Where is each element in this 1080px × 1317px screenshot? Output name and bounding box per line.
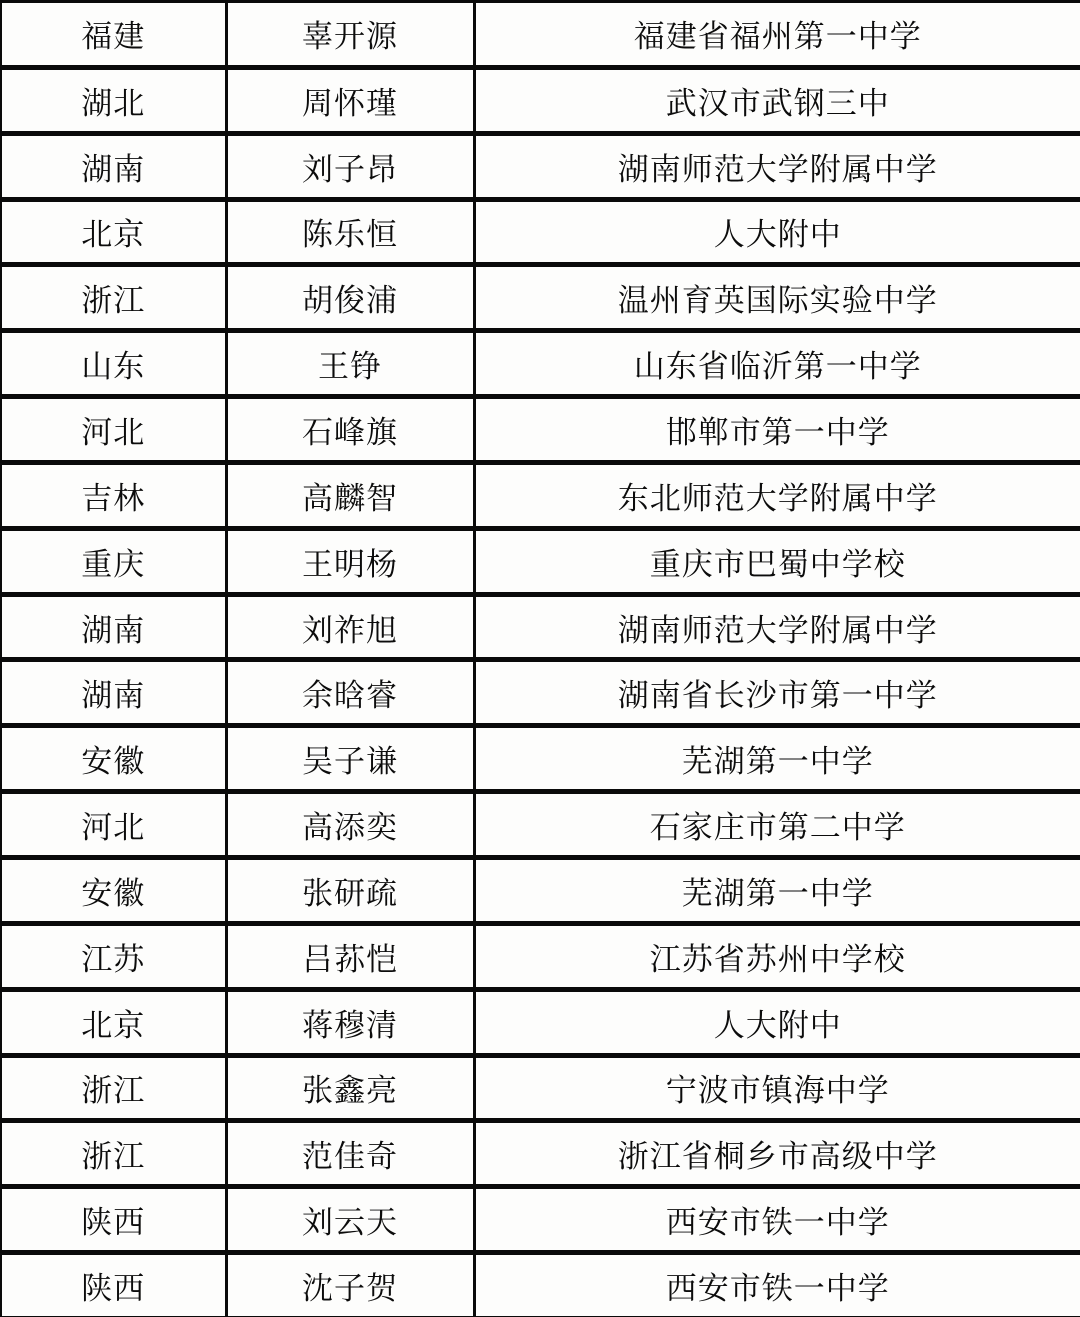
school-name-cell: 山东省临沂第一中学 — [474, 331, 1080, 397]
province-cell: 江苏 — [1, 923, 226, 989]
province-cell: 安徽 — [1, 857, 226, 923]
province-cell: 浙江 — [1, 1121, 226, 1187]
school-name-cell: 人大附中 — [474, 199, 1080, 265]
school-name-cell: 湖南师范大学附属中学 — [474, 133, 1080, 199]
province-cell: 湖南 — [1, 660, 226, 726]
school-name-cell: 芜湖第一中学 — [474, 726, 1080, 792]
school-name-cell: 芜湖第一中学 — [474, 857, 1080, 923]
province-cell: 浙江 — [1, 265, 226, 331]
school-name-cell: 邯郸市第一中学 — [474, 397, 1080, 463]
table-row: 湖南刘祚旭湖南师范大学附属中学 — [1, 594, 1080, 660]
province-cell: 湖北 — [1, 67, 226, 133]
school-name-cell: 宁波市镇海中学 — [474, 1055, 1080, 1121]
table-row: 吉林高麟智东北师范大学附属中学 — [1, 462, 1080, 528]
school-name-cell: 武汉市武钢三中 — [474, 67, 1080, 133]
student-name-cell: 石峰旗 — [226, 397, 474, 463]
table-row: 河北石峰旗邯郸市第一中学 — [1, 397, 1080, 463]
province-cell: 湖南 — [1, 594, 226, 660]
school-name-cell: 湖南省长沙市第一中学 — [474, 660, 1080, 726]
student-name-cell: 张鑫亮 — [226, 1055, 474, 1121]
province-cell: 重庆 — [1, 528, 226, 594]
province-cell: 安徽 — [1, 726, 226, 792]
student-name-cell: 王铮 — [226, 331, 474, 397]
province-cell: 北京 — [1, 989, 226, 1055]
table-row: 浙江张鑫亮宁波市镇海中学 — [1, 1055, 1080, 1121]
province-cell: 河北 — [1, 397, 226, 463]
table-row: 浙江胡俊浦温州育英国际实验中学 — [1, 265, 1080, 331]
table-row: 重庆王明杨重庆市巴蜀中学校 — [1, 528, 1080, 594]
table-row: 河北高添奕石家庄市第二中学 — [1, 792, 1080, 858]
school-name-cell: 东北师范大学附属中学 — [474, 462, 1080, 528]
student-name-cell: 刘祚旭 — [226, 594, 474, 660]
student-name-cell: 蒋穆清 — [226, 989, 474, 1055]
table-row: 陕西沈子贺西安市铁一中学 — [1, 1253, 1080, 1317]
student-name-cell: 吴子谦 — [226, 726, 474, 792]
table-row: 陕西刘云天西安市铁一中学 — [1, 1187, 1080, 1253]
table-row: 江苏吕荪恺江苏省苏州中学校 — [1, 923, 1080, 989]
table-row: 湖南余晗睿湖南省长沙市第一中学 — [1, 660, 1080, 726]
table-row: 湖北周怀瑾武汉市武钢三中 — [1, 67, 1080, 133]
student-name-cell: 陈乐恒 — [226, 199, 474, 265]
student-roster-table: 福建辜开源福建省福州第一中学湖北周怀瑾武汉市武钢三中湖南刘子昂湖南师范大学附属中… — [0, 0, 1080, 1317]
province-cell: 浙江 — [1, 1055, 226, 1121]
student-name-cell: 张研疏 — [226, 857, 474, 923]
school-name-cell: 浙江省桐乡市高级中学 — [474, 1121, 1080, 1187]
school-name-cell: 江苏省苏州中学校 — [474, 923, 1080, 989]
table-row: 北京蒋穆清人大附中 — [1, 989, 1080, 1055]
student-name-cell: 高添奕 — [226, 792, 474, 858]
province-cell: 陕西 — [1, 1187, 226, 1253]
province-cell: 福建 — [1, 2, 226, 68]
student-name-cell: 刘子昂 — [226, 133, 474, 199]
table-row: 安徽张研疏芜湖第一中学 — [1, 857, 1080, 923]
school-name-cell: 西安市铁一中学 — [474, 1253, 1080, 1317]
school-name-cell: 福建省福州第一中学 — [474, 2, 1080, 68]
student-name-cell: 刘云天 — [226, 1187, 474, 1253]
province-cell: 湖南 — [1, 133, 226, 199]
student-name-cell: 高麟智 — [226, 462, 474, 528]
school-name-cell: 湖南师范大学附属中学 — [474, 594, 1080, 660]
student-name-cell: 辜开源 — [226, 2, 474, 68]
table-body: 福建辜开源福建省福州第一中学湖北周怀瑾武汉市武钢三中湖南刘子昂湖南师范大学附属中… — [1, 2, 1080, 1317]
student-name-cell: 余晗睿 — [226, 660, 474, 726]
school-name-cell: 西安市铁一中学 — [474, 1187, 1080, 1253]
table-row: 安徽吴子谦芜湖第一中学 — [1, 726, 1080, 792]
province-cell: 山东 — [1, 331, 226, 397]
student-name-cell: 王明杨 — [226, 528, 474, 594]
province-cell: 北京 — [1, 199, 226, 265]
student-name-cell: 范佳奇 — [226, 1121, 474, 1187]
table-row: 浙江范佳奇浙江省桐乡市高级中学 — [1, 1121, 1080, 1187]
school-name-cell: 重庆市巴蜀中学校 — [474, 528, 1080, 594]
table-row: 北京陈乐恒人大附中 — [1, 199, 1080, 265]
student-name-cell: 胡俊浦 — [226, 265, 474, 331]
province-cell: 吉林 — [1, 462, 226, 528]
school-name-cell: 温州育英国际实验中学 — [474, 265, 1080, 331]
table-row: 福建辜开源福建省福州第一中学 — [1, 2, 1080, 68]
table-row: 山东王铮山东省临沂第一中学 — [1, 331, 1080, 397]
student-name-cell: 吕荪恺 — [226, 923, 474, 989]
student-name-cell: 周怀瑾 — [226, 67, 474, 133]
province-cell: 陕西 — [1, 1253, 226, 1317]
table-row: 湖南刘子昂湖南师范大学附属中学 — [1, 133, 1080, 199]
school-name-cell: 人大附中 — [474, 989, 1080, 1055]
province-cell: 河北 — [1, 792, 226, 858]
student-name-cell: 沈子贺 — [226, 1253, 474, 1317]
school-name-cell: 石家庄市第二中学 — [474, 792, 1080, 858]
